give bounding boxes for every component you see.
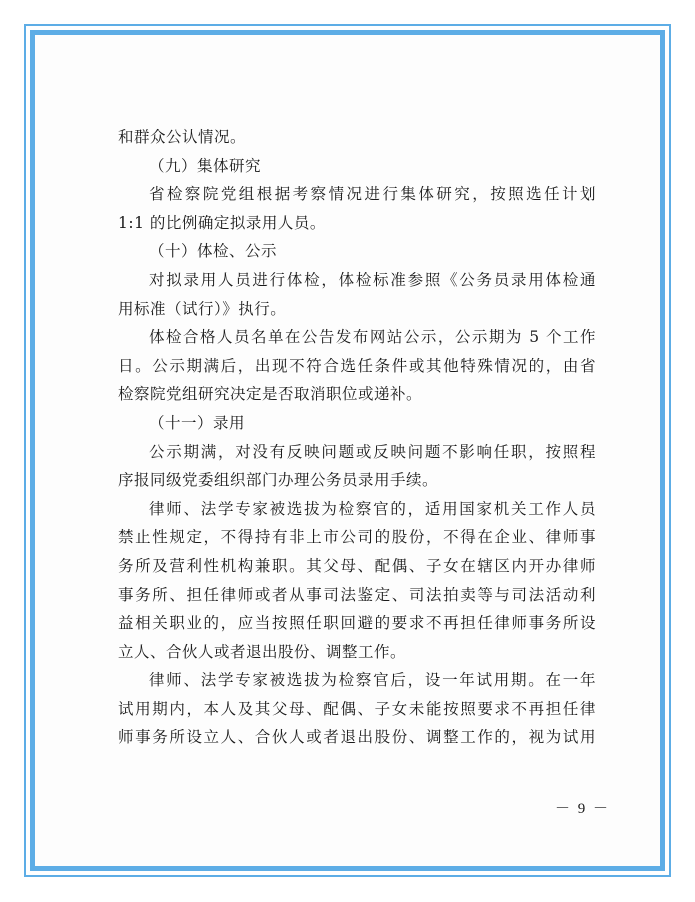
text-line-paragraph-start: 公示期满，对没有反映问题或反映问题不影响任职，按照程 [118, 438, 596, 467]
text-line-paragraph-end: 序报同级党委组织部门办理公务员录用手续。 [118, 466, 596, 495]
text-line-paragraph-start: 律师、法学专家被选拔为检察官的，适用国家机关工作人员 [118, 495, 596, 524]
text-line: 事务所、担任律师或者从事司法鉴定、司法拍卖等与司法活动利 [118, 581, 596, 610]
section-heading-10: （十）体检、公示 [118, 237, 596, 266]
text-line: 务所及营利性机构兼职。其父母、配偶、子女在辖区内开办律师 [118, 552, 596, 581]
text-line-paragraph-end: 检察院党组研究决定是否取消职位或递补。 [118, 380, 596, 409]
section-heading-11: （十一）录用 [118, 409, 596, 438]
text-line-paragraph-end: 立人、合伙人或者退出股份、调整工作。 [118, 638, 596, 667]
section-heading-9: （九）集体研究 [118, 152, 596, 181]
text-line-continuation: 和群众公认情况。 [118, 123, 596, 152]
text-line-paragraph-end: 用标准（试行）》执行。 [118, 295, 596, 324]
text-line-paragraph-start: 体检合格人员名单在公告发布网站公示，公示期为 5 个工作 [118, 323, 596, 352]
text-line: 师事务所设立人、合伙人或者退出股份、调整工作的，视为试用 [118, 723, 596, 752]
text-line: 试用期内，本人及其父母、配偶、子女未能按照要求不再担任律 [118, 695, 596, 724]
page-number: － 9 － [555, 797, 610, 818]
text-line-paragraph-start: 律师、法学专家被选拔为检察官后，设一年试用期。在一年 [118, 666, 596, 695]
text-line-paragraph-end: 1:1 的比例确定拟录用人员。 [118, 209, 596, 238]
document-page-body: 和群众公认情况。 （九）集体研究 省检察院党组根据考察情况进行集体研究，按照选任… [118, 123, 596, 752]
text-line: 日。公示期满后，出现不符合选任条件或其他特殊情况的，由省 [118, 352, 596, 381]
text-line: 益相关职业的，应当按照任职回避的要求不再担任律师事务所设 [118, 609, 596, 638]
text-line-paragraph-start: 对拟录用人员进行体检，体检标准参照《公务员录用体检通 [118, 266, 596, 295]
text-line-paragraph-start: 省检察院党组根据考察情况进行集体研究，按照选任计划 [118, 180, 596, 209]
text-line: 禁止性规定，不得持有非上市公司的股份，不得在企业、律师事 [118, 523, 596, 552]
